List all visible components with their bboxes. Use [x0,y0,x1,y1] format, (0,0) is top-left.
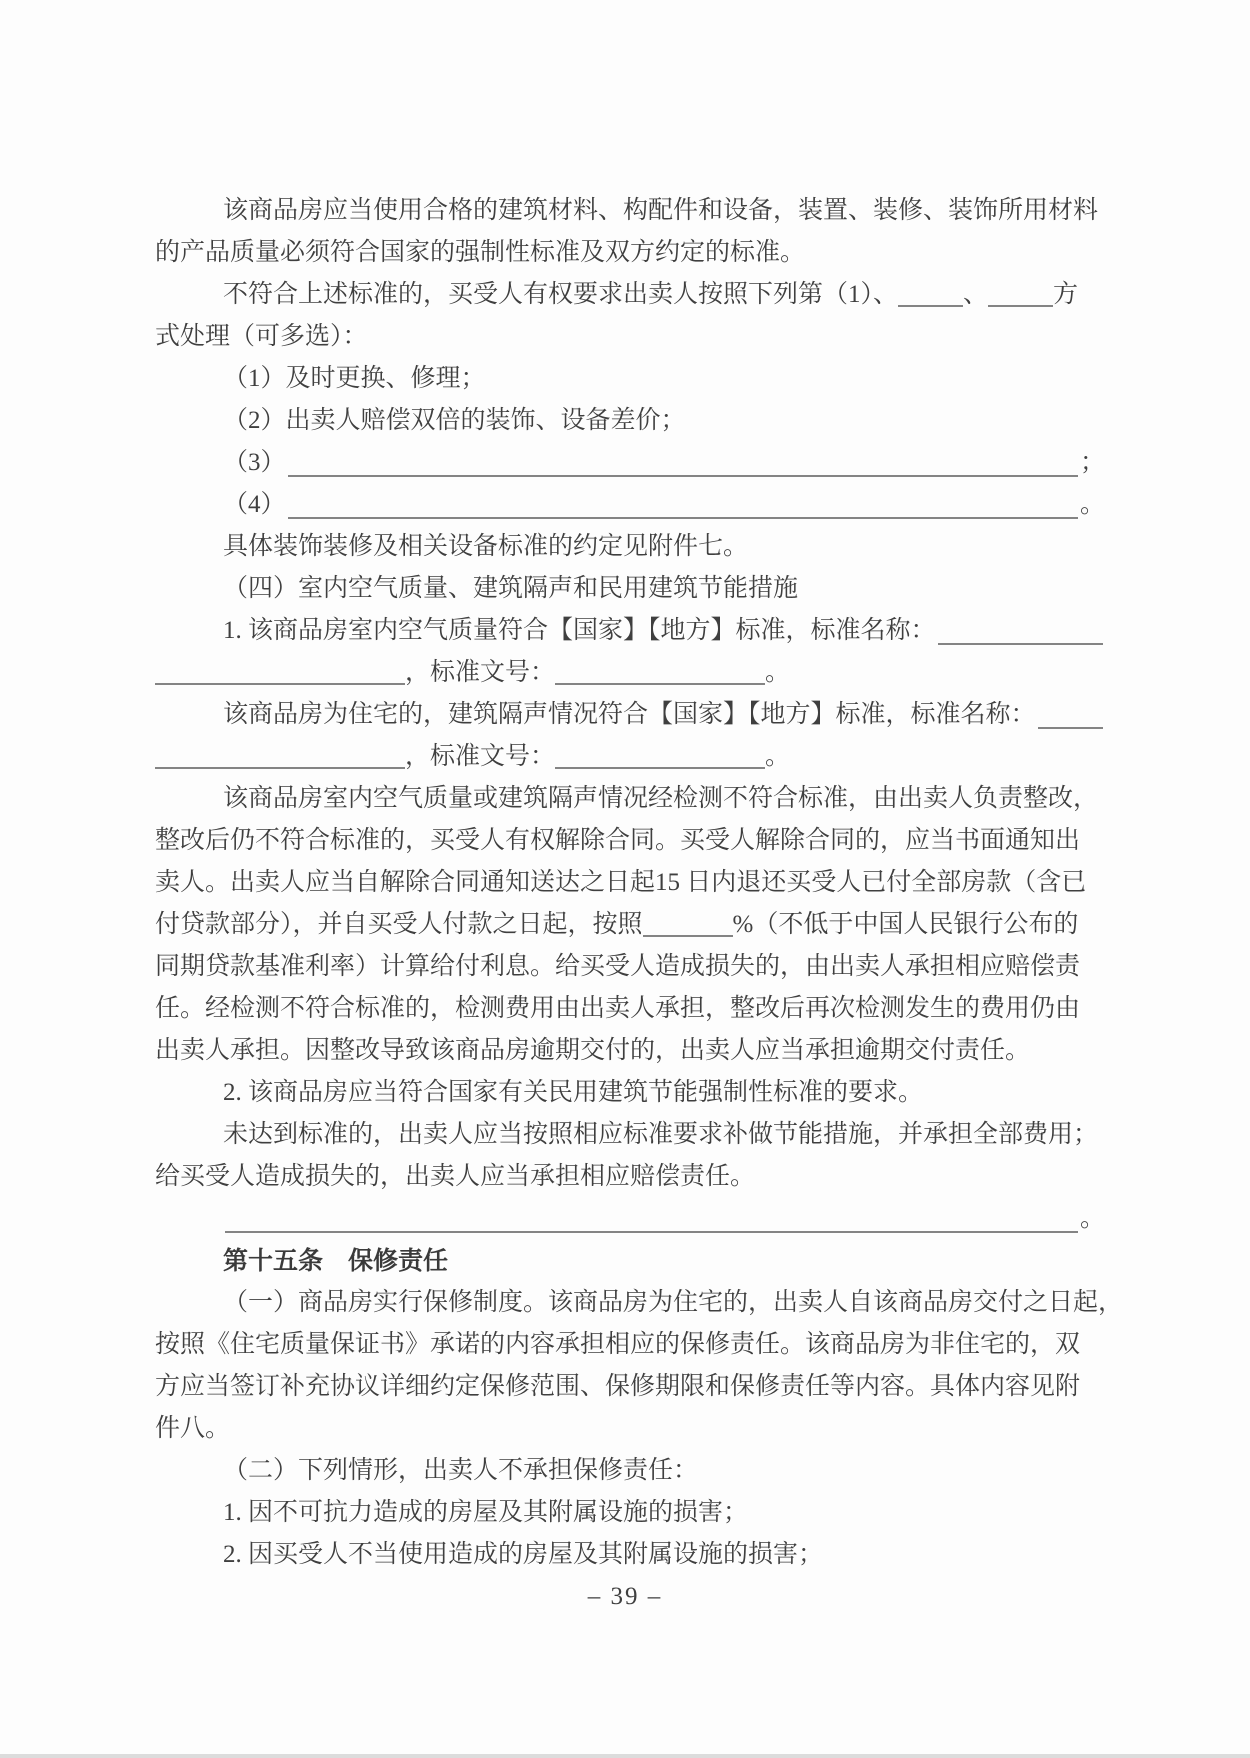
paragraph-line: ，标准文号：。 [155,652,1105,694]
paragraph-line: 未达到标准的，出卖人应当按照相应标准要求补做节能措施，并承担全部费用； [155,1114,1105,1156]
text-run: 1. 该商品房室内空气质量符合【国家】【地方】标准，标准名称： [223,610,936,652]
blank-underline [286,442,1080,484]
text-run: 整改后仍不符合标准的，买受人有权解除合同。买受人解除合同的，应当书面通知出 [155,827,1080,854]
blank-underline [155,675,405,685]
paragraph-line: 该商品房应当使用合格的建筑材料、构配件和设备，装置、装修、装饰所用材料 [155,190,1105,232]
text-run: 。 [765,659,790,686]
text-run: 任。经检测不符合标准的，检测费用由出卖人承担，整改后再次检测发生的费用仍由 [155,995,1080,1022]
text-run: 该商品房为住宅的，建筑隔声情况符合【国家】【地方】标准，标准名称： [223,694,1036,736]
text-run: 不符合上述标准的，买受人有权要求出卖人按照下列第（1）、 [223,281,898,308]
paragraph-line: 的产品质量必须符合国家的强制性标准及双方约定的标准。 [155,232,1105,274]
paragraph-line: （1）及时更换、修理； [155,358,1105,400]
paragraph-line: 方应当签订补充协议详细约定保修范围、保修期限和保修责任等内容。具体内容见附 [155,1366,1105,1408]
text-run: 。 [1080,484,1105,526]
text-run: 同期贷款基准利率）计算给付利息。给买受人造成损失的，由出卖人承担相应赔偿责 [155,953,1080,980]
scan-edge [0,1754,1250,1758]
paragraph-line: 2. 因买受人不当使用造成的房屋及其附属设施的损害； [155,1534,1105,1576]
blank-underline [223,1198,1080,1240]
text-run: 方应当签订补充协议详细约定保修范围、保修期限和保修责任等内容。具体内容见附 [155,1373,1080,1400]
text-run: （一）商品房实行保修制度。该商品房为住宅的，出卖人自该商品房交付之日起， [223,1289,1123,1316]
paragraph-line: ，标准文号：。 [155,736,1105,778]
blank-underline [643,927,733,937]
text-run: 具体装饰装修及相关设备标准的约定见附件七。 [223,533,748,560]
text-run: ，标准文号： [405,743,555,770]
text-run: 的产品质量必须符合国家的强制性标准及双方约定的标准。 [155,239,805,266]
text-run: 。 [1080,1198,1105,1240]
paragraph-line: 整改后仍不符合标准的，买受人有权解除合同。买受人解除合同的，应当书面通知出 [155,820,1105,862]
blank-underline [286,484,1080,526]
paragraph-line: 1. 因不可抗力造成的房屋及其附属设施的损害； [155,1492,1105,1534]
text-run: 该商品房应当使用合格的建筑材料、构配件和设备，装置、装修、装饰所用材料 [223,197,1098,224]
text-run: %（不低于中国人民银行公布的 [733,911,1079,938]
blank-underline [988,297,1053,307]
paragraph-line: （四）室内空气质量、建筑隔声和民用建筑节能措施 [155,568,1105,610]
document-body: 该商品房应当使用合格的建筑材料、构配件和设备，装置、装修、装饰所用材料的产品质量… [155,190,1105,1576]
text-run: （4） [223,484,286,526]
paragraph-line: 任。经检测不符合标准的，检测费用由出卖人承担，整改后再次检测发生的费用仍由 [155,988,1105,1030]
paragraph-line: 给买受人造成损失的，出卖人应当承担相应赔偿责任。 [155,1156,1105,1198]
text-run: 方 [1053,281,1078,308]
text-run: （二）下列情形，出卖人不承担保修责任： [223,1457,698,1484]
text-run: ，标准文号： [405,659,555,686]
text-run: 第十五条 保修责任 [223,1247,448,1275]
paragraph-line: 出卖人承担。因整改导致该商品房逾期交付的，出卖人应当承担逾期交付责任。 [155,1030,1105,1072]
text-run: 该商品房室内空气质量或建筑隔声情况经检测不符合标准，由出卖人负责整改， [223,785,1098,812]
blank-underline [555,675,765,685]
paragraph-line: 不符合上述标准的，买受人有权要求出卖人按照下列第（1）、、方 [155,274,1105,316]
scanned-contract-page: 该商品房应当使用合格的建筑材料、构配件和设备，装置、装修、装饰所用材料的产品质量… [0,0,1250,1758]
blank-underline [155,759,405,769]
text-run: 卖人。出卖人应当自解除合同通知送达之日起15 日内退还买受人已付全部房款（含已 [155,869,1086,896]
page-number: – 39 – [0,1583,1250,1611]
paragraph-line: 式处理（可多选）： [155,316,1105,358]
paragraph-line: 该商品房为住宅的，建筑隔声情况符合【国家】【地方】标准，标准名称： [155,694,1105,736]
text-run: ； [1080,442,1105,484]
paragraph-line: （2）出卖人赔偿双倍的装饰、设备差价； [155,400,1105,442]
text-run: 件八。 [155,1415,230,1442]
paragraph-line: 该商品房室内空气质量或建筑隔声情况经检测不符合标准，由出卖人负责整改， [155,778,1105,820]
text-run: 2. 该商品房应当符合国家有关民用建筑节能强制性标准的要求。 [223,1079,923,1106]
paragraph-line: 卖人。出卖人应当自解除合同通知送达之日起15 日内退还买受人已付全部房款（含已 [155,862,1105,904]
blank-underline [555,759,765,769]
paragraph-line: （4）。 [155,484,1105,526]
text-run: 付贷款部分），并自买受人付款之日起，按照 [155,911,643,938]
paragraph-line: 2. 该商品房应当符合国家有关民用建筑节能强制性标准的要求。 [155,1072,1105,1114]
blank-underline [898,297,963,307]
paragraph-line: 付贷款部分），并自买受人付款之日起，按照%（不低于中国人民银行公布的 [155,904,1105,946]
text-run: 、 [963,281,988,308]
text-run: （2）出卖人赔偿双倍的装饰、设备差价； [223,407,686,434]
text-run: 1. 因不可抗力造成的房屋及其附属设施的损害； [223,1499,748,1526]
text-run: 2. 因买受人不当使用造成的房屋及其附属设施的损害； [223,1541,823,1568]
text-run: 给买受人造成损失的，出卖人应当承担相应赔偿责任。 [155,1163,755,1190]
paragraph-line: 同期贷款基准利率）计算给付利息。给买受人造成损失的，由出卖人承担相应赔偿责 [155,946,1105,988]
text-run: （四）室内空气质量、建筑隔声和民用建筑节能措施 [223,575,798,602]
blank-underline [1036,694,1105,736]
text-run: （3） [223,442,286,484]
section-heading: 第十五条 保修责任 [155,1240,1105,1282]
text-run: 未达到标准的，出卖人应当按照相应标准要求补做节能措施，并承担全部费用； [223,1121,1098,1148]
paragraph-line: 1. 该商品房室内空气质量符合【国家】【地方】标准，标准名称： [155,610,1105,652]
text-run: 按照《住宅质量保证书》承诺的内容承担相应的保修责任。该商品房为非住宅的，双 [155,1331,1080,1358]
paragraph-line: 具体装饰装修及相关设备标准的约定见附件七。 [155,526,1105,568]
paragraph-line: （二）下列情形，出卖人不承担保修责任： [155,1450,1105,1492]
paragraph-line: 件八。 [155,1408,1105,1450]
paragraph-line: （一）商品房实行保修制度。该商品房为住宅的，出卖人自该商品房交付之日起， [155,1282,1105,1324]
text-run: 。 [765,743,790,770]
text-run: 式处理（可多选）： [155,323,368,350]
blank-underline [936,610,1105,652]
text-run: （1）及时更换、修理； [223,365,486,392]
text-run: 出卖人承担。因整改导致该商品房逾期交付的，出卖人应当承担逾期交付责任。 [155,1037,1030,1064]
paragraph-line: 按照《住宅质量保证书》承诺的内容承担相应的保修责任。该商品房为非住宅的，双 [155,1324,1105,1366]
paragraph-line: （3）； [155,442,1105,484]
paragraph-line: 。 [155,1198,1105,1240]
